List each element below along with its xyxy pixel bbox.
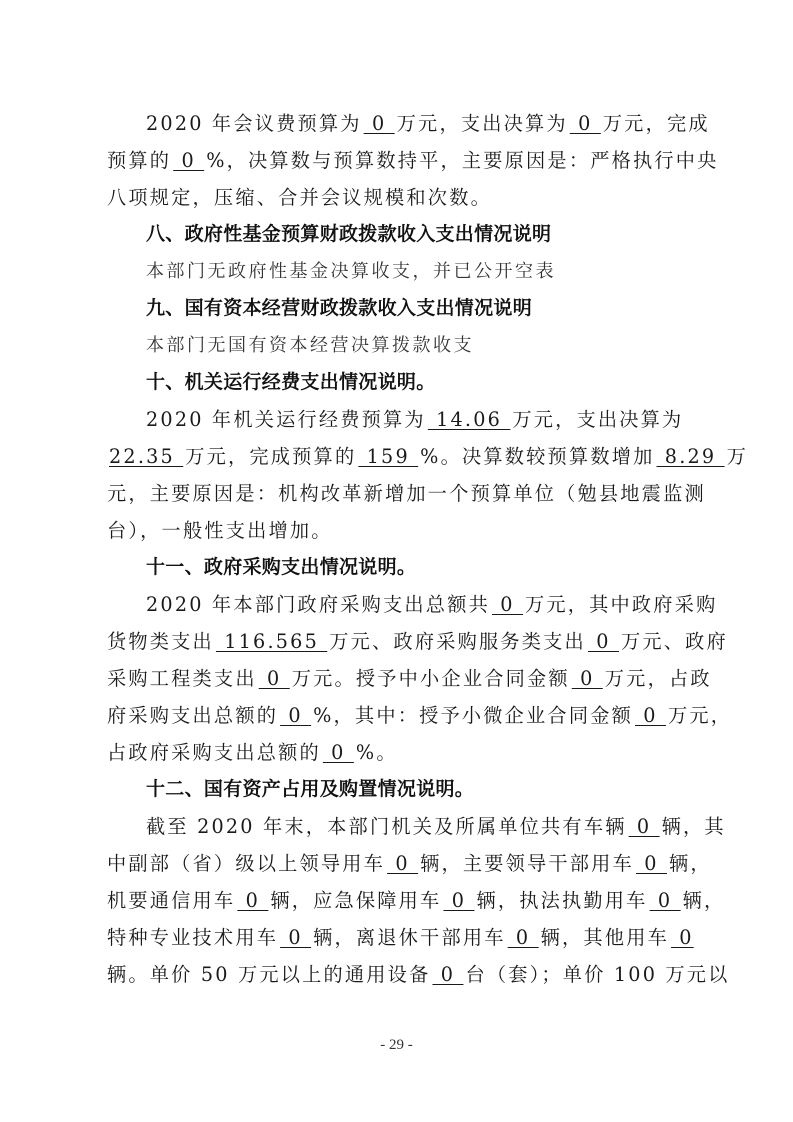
equipment-value: 0 [430, 963, 465, 986]
section-12-heading: 十二、国有资产占用及购置情况说明。 [107, 771, 692, 808]
vehicle-total-value: 0 [627, 815, 662, 838]
section-11-line-2: 货物类支出 116.565 万元、政府采购服务类支出 0 万元、政府 [107, 623, 692, 660]
meeting-line-1: 2020 年会议费预算为 0 万元，支出决算为 0 万元，完成 [107, 105, 692, 142]
vehicle-emergency-value: 0 [441, 889, 476, 912]
meeting-pct-value: 0 [171, 149, 206, 172]
page-number: - 29 - [0, 1037, 793, 1054]
procurement-project-value: 0 [257, 667, 292, 690]
section-10-heading: 十、机关运行经费支出情况说明。 [107, 364, 692, 401]
micro-contract-value: 0 [633, 704, 668, 727]
procurement-service-value: 0 [586, 630, 621, 653]
meeting-budget-value: 0 [362, 112, 397, 135]
section-12-line-2: 中副部（省）级以上领导用车 0 辆，主要领导干部用车 0 辆， [107, 845, 692, 882]
section-10-line-2: 22.35 万元，完成预算的 159 %。决算数较预算数增加 8.29 万 [107, 438, 692, 475]
micro-pct-value: 0 [321, 741, 356, 764]
section-12-line-4: 特种专业技术用车 0 辆，离退休干部用车 0 辆，其他用车 0 [107, 919, 692, 956]
section-12-line-3: 机要通信用车 0 辆，应急保障用车 0 辆，执法执勤用车 0 辆， [107, 882, 692, 919]
section-11-line-1: 2020 年本部门政府采购支出总额共 0 万元，其中政府采购 [107, 586, 692, 623]
section-11-line-5: 占政府采购支出总额的 0 %。 [107, 734, 692, 771]
document-page: 2020 年会议费预算为 0 万元，支出决算为 0 万元，完成 预算的 0 %，… [107, 105, 692, 993]
sme-contract-value: 0 [570, 667, 605, 690]
meeting-line-2: 预算的 0 %，决算数与预算数持平，主要原因是：严格执行中央 [107, 142, 692, 179]
vehicle-other-value: 0 [669, 926, 696, 949]
vehicle-retired-value: 0 [506, 926, 541, 949]
procurement-total-value: 0 [490, 593, 525, 616]
vehicle-special-value: 0 [278, 926, 313, 949]
section-11-line-4: 府采购支出总额的 0 %，其中：授予小微企业合同金额 0 万元， [107, 697, 692, 734]
section-10-line-4: 台），一般性支出增加。 [107, 512, 692, 549]
vehicle-leader-value: 0 [634, 852, 669, 875]
section-9-body: 本部门无国有资本经营决算拨款收支 [107, 327, 692, 364]
vehicle-law-value: 0 [648, 889, 683, 912]
meeting-line-3: 八项规定，压缩、合并会议规模和次数。 [107, 179, 692, 216]
section-10-line-3: 元，主要原因是：机构改革新增加一个预算单位（勉县地震监测 [107, 475, 692, 512]
section-9-heading: 九、国有资本经营财政拨款收入支出情况说明 [107, 290, 692, 327]
section-10-line-1: 2020 年机关运行经费预算为 14.06 万元，支出决算为 [107, 401, 692, 438]
section-8-body: 本部门无政府性基金决算收支，并已公开空表 [107, 253, 692, 290]
section-12-line-5: 辆。单价 50 万元以上的通用设备 0 台（套）；单价 100 万元以 [107, 956, 692, 993]
operating-actual-value: 22.35 [107, 445, 185, 468]
section-8-heading: 八、政府性基金预算财政拨款收入支出情况说明 [107, 216, 692, 253]
vehicle-comm-value: 0 [235, 889, 270, 912]
procurement-goods-value: 116.565 [214, 630, 329, 653]
vehicle-vice-value: 0 [385, 852, 420, 875]
section-11-heading: 十一、政府采购支出情况说明。 [107, 549, 692, 586]
operating-budget-value: 14.06 [426, 408, 513, 431]
sme-pct-value: 0 [278, 704, 313, 727]
operating-increase-value: 8.29 [654, 445, 726, 468]
section-11-line-3: 采购工程类支出 0 万元。授予中小企业合同金额 0 万元，占政 [107, 660, 692, 697]
section-12-line-1: 截至 2020 年末，本部门机关及所属单位共有车辆 0 辆，其 [107, 808, 692, 845]
meeting-actual-value: 0 [568, 112, 603, 135]
operating-pct-value: 159 [356, 445, 420, 468]
